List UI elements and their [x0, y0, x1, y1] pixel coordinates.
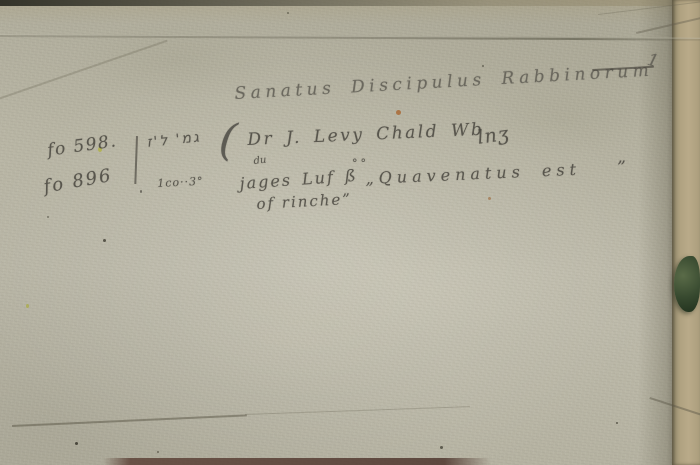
crease-line [0, 40, 167, 102]
handwriting-line-3-left: jages Luf ß [239, 166, 358, 193]
ink-speck [482, 65, 484, 67]
ink-speck [440, 446, 443, 449]
ink-speck [157, 451, 159, 453]
crease-line [0, 34, 700, 41]
ink-speck [287, 12, 289, 14]
foxing-speck [26, 304, 29, 308]
foxing-speck [488, 197, 491, 200]
handwriting-line-1: Sanatus Discipulus Rabbinorum [234, 61, 654, 104]
top-dark-edge [0, 0, 700, 6]
ink-speck [103, 239, 106, 242]
handwriting-line-2-tail: lnʒ [476, 123, 511, 149]
handwriting-line-4: of rinche” [256, 190, 352, 213]
interlinear-insert: du [253, 155, 267, 167]
green-clasp-fragment [674, 256, 700, 312]
measure-note: 1co··3° [157, 175, 204, 190]
folio-reference-1: fo 598. [46, 131, 118, 161]
ink-dot [140, 190, 142, 193]
opening-brace: ( [217, 114, 239, 167]
handwriting-line-3-right: „Quavenatus est [365, 160, 581, 188]
ink-speck [75, 442, 78, 445]
crease-line [12, 414, 247, 426]
ink-speck [616, 422, 618, 424]
ink-divider-stroke [134, 136, 138, 184]
folio-reference-2: fo 896 [42, 165, 114, 198]
bottom-binding-strip [103, 458, 491, 465]
foxing-speck [396, 110, 401, 115]
crease-line [245, 406, 470, 415]
closing-quote: ” [617, 158, 626, 178]
fore-edge-strip [672, 0, 700, 465]
hebrew-note: גמ' ל'ז [146, 129, 202, 151]
handwriting-line-2: Dr J. Levy Chald Wb [247, 120, 485, 150]
flyleaf-photo: 1 Sanatus Discipulus Rabbinorum fo 598. … [0, 0, 700, 465]
ink-speck [47, 216, 49, 218]
